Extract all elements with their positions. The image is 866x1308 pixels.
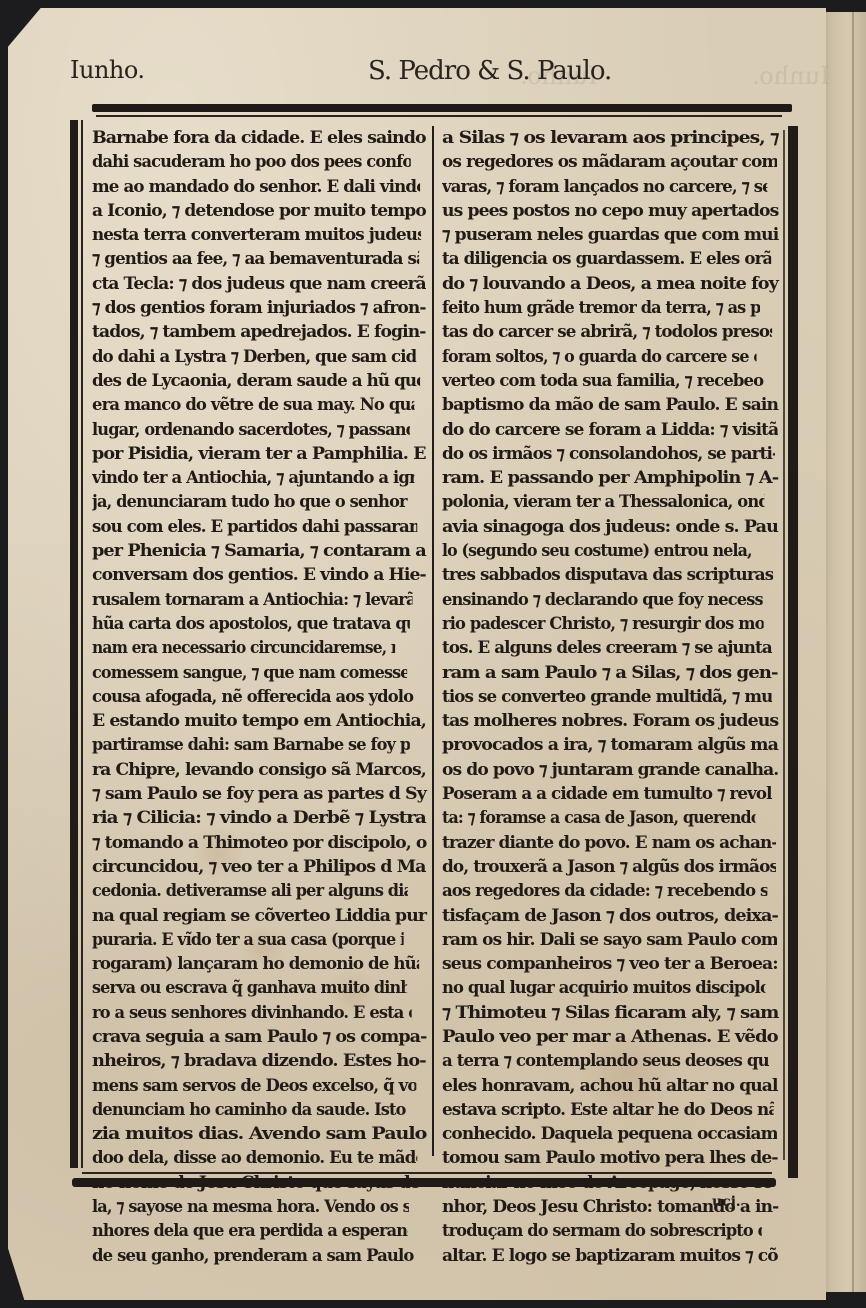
text-line: cta Tecla: ⁊ dos judeus que nam creerã [92, 272, 426, 296]
text-line: nhores dela que era perdida a esperança [92, 1219, 408, 1243]
text-line: de seu ganho, prenderam a sam Paulo ⁊ [92, 1244, 415, 1268]
text-line: do, trouxerã a Jason ⁊ algũs dos irmãos [442, 855, 776, 879]
text-line: sou com eles. E partidos dahi passaram [92, 515, 417, 539]
bottom-border-rule [72, 1172, 776, 1188]
text-line: me ao mandado do senhor. E dali vindo [92, 175, 420, 199]
top-rule-thin [96, 115, 782, 117]
text-line: conversam dos gentios. E vindo a Hie- [92, 563, 430, 587]
text-line: na qual regiam se cõverteo Liddia pur [92, 904, 431, 928]
top-rule-thick [92, 104, 792, 112]
text-line: ra Chipre, levando consigo sã Marcos, [92, 758, 430, 782]
text-line: mens sam servos de Deos excelso, q̃ vos [92, 1074, 416, 1098]
text-line: doo dela, disse ao demonio. Eu te mãdo [92, 1146, 417, 1170]
text-line: ⁊ Thimoteu ⁊ Silas ficaram aly, ⁊ sam [442, 1001, 802, 1025]
text-line: tados, ⁊ tambem apedrejados. E fogin- [92, 320, 429, 344]
text-line: os do povo ⁊ juntaram grande canalha. [442, 758, 780, 782]
text-line: dahi sacuderam ho poo dos pees confor- [92, 150, 411, 174]
bottom-rule-thin [82, 1172, 772, 1174]
text-line: seus companheiros ⁊ veo ter a Beroea: [442, 952, 782, 976]
text-line: era manco do vẽtre de sua may. No qual [92, 393, 414, 417]
text-line: feito hum grãde tremor da terra, ⁊ as po… [442, 296, 760, 320]
text-line: nam era necessario circuncidaremse, nem [92, 636, 395, 660]
text-line: estava scripto. Este altar he do Deos nã [442, 1098, 774, 1122]
text-line: serva ou escrava q̃ ganhava muito dinhei [92, 976, 407, 1000]
text-line: des de Lycaonia, deram saude a hũ que [92, 369, 420, 393]
text-line: ⁊ puseram neles guardas que com mui [442, 223, 781, 247]
text-line: tas do carcer se abrirã, ⁊ todolos preso… [442, 320, 772, 344]
text-line: do os irmãos ⁊ consolandohos, se parti- [442, 442, 775, 466]
text-line: ram. E passando per Amphipolin ⁊ A- [442, 466, 795, 490]
text-line: puraria. E vĩdo ter a sua casa (porque i… [92, 928, 404, 952]
text-line: do ⁊ louvando a Deos, a mea noite foy [442, 272, 790, 296]
text-line: polonia, vieram ter a Thessalonica, onde [442, 490, 765, 514]
running-head-title: S. Pedro & S. Paulo. [368, 56, 611, 86]
text-line: tios se converteo grande multidã, ⁊ mui [442, 685, 772, 709]
running-head-month: Iunho. [70, 56, 145, 84]
text-line: altar. E logo se baptizaram muitos ⁊ cõ [442, 1244, 780, 1268]
text-line: ta: ⁊ foramse a casa de Jason, querendoo… [442, 806, 756, 830]
text-line: cousa afogada, nẽ offerecida aos ydolos. [92, 685, 413, 709]
text-line: a Iconio, ⁊ detendose por muito tempo [92, 199, 427, 223]
text-line: ria ⁊ Cilicia: ⁊ vindo a Derbẽ ⁊ Lystra [92, 806, 452, 830]
column-divider-rule [432, 126, 434, 1156]
text-line: cedonia. detiveramse ali per alguns dias… [92, 879, 408, 903]
text-line: per Phenicia ⁊ Samaria, ⁊ contaram a [92, 539, 440, 563]
running-head: Iunho. S. Pedro & S. Paulo. [70, 56, 826, 96]
text-line: ⁊ sam Paulo se foy pera as partes d Sy [92, 782, 434, 806]
text-line: comessem sangue, ⁊ que nam comessem [92, 661, 407, 685]
text-line: por Pisidia, vieram ter a Pamphilia. E [92, 442, 437, 466]
text-line: zia muitos dias. Avendo sam Paulo [92, 1122, 466, 1146]
text-line: os regedores os mãdaram açoutar com [442, 150, 777, 174]
text-line: Paulo veo per mar a Athenas. E vẽdo [442, 1025, 799, 1049]
text-line: lugar, ordenando sacerdotes, ⁊ passando [92, 418, 410, 442]
text-line: ja, denunciaram tudo ho que o senhor v- [92, 490, 410, 514]
text-line: partiramse dahi: sam Barnabe se foy pe- [92, 733, 410, 757]
text-line: rusalem tornaram a Antiochia: ⁊ levarão [92, 588, 413, 612]
text-line: nesta terra converteram muitos judeus [92, 223, 421, 247]
text-line: eles honravam, achou hũ altar no qual [442, 1074, 780, 1098]
text-line: ensinando ⁊ declarando que foy necessa- [442, 588, 763, 612]
text-line: nheiros, ⁊ bradava dizendo. Estes ho- [92, 1049, 441, 1073]
text-line: ram a sam Paulo ⁊ a Silas, ⁊ dos gen- [442, 661, 799, 685]
text-line: baptismo da mão de sam Paulo. E sain [442, 393, 781, 417]
text-line: tisfaçam de Jason ⁊ dos outros, deixa- [442, 904, 790, 928]
text-line: hũa carta dos apostolos, que tratava que [92, 612, 410, 636]
text-line: circuncidou, ⁊ veo ter a Philipos d Ma [92, 855, 435, 879]
text-line: avia sinagoga dos judeus: onde s. Pau [442, 515, 788, 539]
text-line: us pees postos no cepo muy apertados [442, 199, 782, 223]
text-line: denunciam ho caminho da saude. Isto fa [92, 1098, 409, 1122]
text-line: Poseram a a cidade em tumulto ⁊ revol- [442, 782, 772, 806]
text-line: varas, ⁊ foram lançados no carcere, ⁊ se… [442, 175, 767, 199]
top-border-rule [92, 104, 792, 118]
text-line: conhecido. Daquela pequena occasiam [442, 1122, 777, 1146]
text-line: vindo ter a Antiochia, ⁊ ajuntando a igr… [92, 466, 414, 490]
text-line: foram soltos, ⁊ o guarda do carcere se c… [442, 345, 756, 369]
text-line: ro a seus senhores divinhando. E esta es [92, 1001, 412, 1025]
text-line: ram os hir. Dali se sayo sam Paulo com [442, 928, 777, 952]
text-line: ⁊ tomando a Thimoteo por discipolo, o [92, 831, 429, 855]
text-line: tres sabbados disputava das scripturas. [442, 563, 773, 587]
text-column-left: Barnabe fora da cidade. E eles saindodah… [92, 126, 426, 1268]
text-line: ⁊ dos gentios foram injuriados ⁊ afron- [92, 296, 428, 320]
bottom-rule-thick [72, 1178, 776, 1187]
left-border-rule-thin [81, 120, 83, 1168]
text-line: la, ⁊ sayose na mesma hora. Vendo os se- [92, 1195, 409, 1219]
signature-mark: ucj. [712, 1194, 741, 1210]
text-line: rio padescer Christo, ⁊ resurgir dos mor… [442, 612, 764, 636]
text-line: do dahi a Lystra ⁊ Derben, que sam cida [92, 345, 416, 369]
text-line: do do carcere se foram a Lidda: ⁊ visitã [442, 418, 778, 442]
text-line: E estando muito tempo em Antiochia, [92, 709, 432, 733]
text-line: tos. E alguns deles creeram ⁊ se ajunta- [442, 636, 772, 660]
text-line: ⁊ gentios aa fee, ⁊ aa bemaventurada sã [92, 247, 419, 271]
left-border-rule [70, 120, 78, 1168]
text-line: tomou sam Paulo motivo pera lhes de- [442, 1146, 781, 1170]
text-line: a terra ⁊ contemplando seus deoses que [442, 1049, 769, 1073]
adjacent-page-edge [822, 12, 866, 1292]
text-line: aos regedores da cidade: ⁊ recebendo sa [442, 879, 767, 903]
text-line: Barnabe fora da cidade. E eles saindo [92, 126, 434, 150]
text-line: verteo com toda sua familia, ⁊ recebeo o [442, 369, 767, 393]
text-line: no qual lugar acquirio muitos discipolos [442, 976, 765, 1000]
text-line: ta diligencia os guardassem. E eles orã- [442, 247, 771, 271]
text-line: troduçam do sermam do sobrescripto do [442, 1219, 762, 1243]
text-line: lo (segundo seu costume) entrou nela, ⁊ … [442, 539, 754, 563]
text-line: tas molheres nobres. Foram os judeus [442, 709, 785, 733]
text-column-right: a Silas ⁊ os levaram aos principes, ⁊os … [442, 126, 778, 1268]
text-line: a Silas ⁊ os levaram aos principes, ⁊ [442, 126, 812, 150]
text-line: provocados a ira, ⁊ tomaram algũs ma [442, 733, 785, 757]
text-line: rogaram) lançaram ho demonio de hũa [92, 952, 419, 976]
text-line: trazer diante do povo. E nam os achan- [442, 831, 776, 855]
text-line: crava seguia a sam Paulo ⁊ os compa- [92, 1025, 436, 1049]
